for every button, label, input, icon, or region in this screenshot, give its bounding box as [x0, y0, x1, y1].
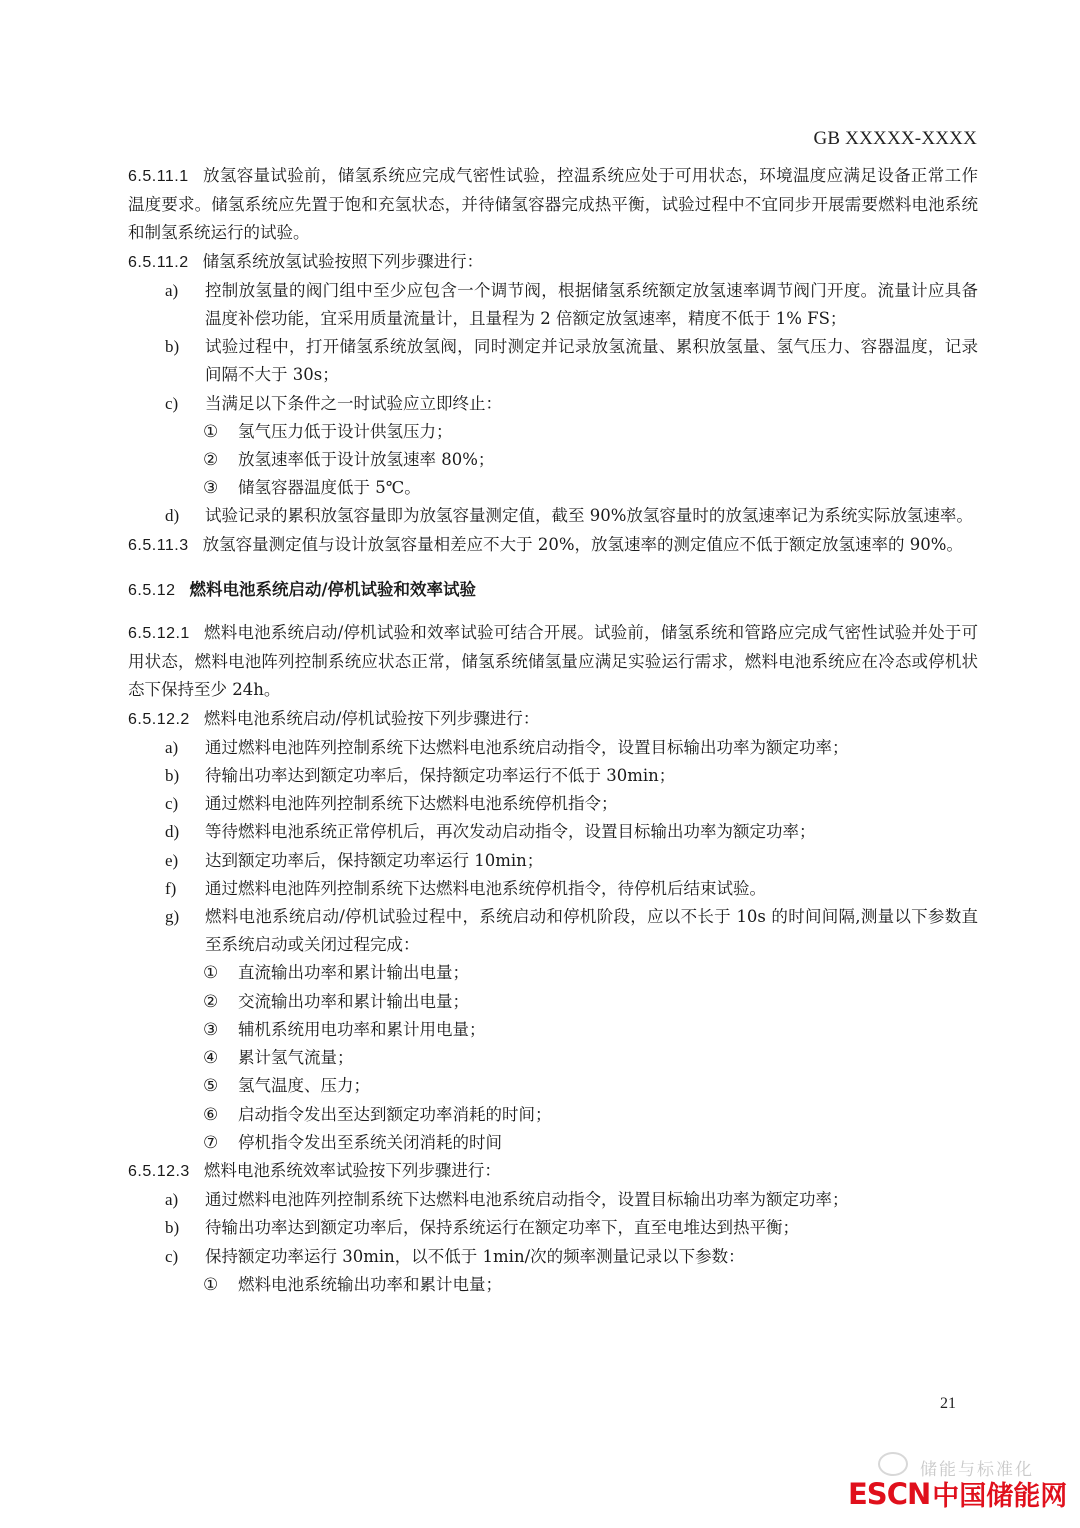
- list-item: c)通过燃料电池阵列控制系统下达燃料电池系统停机指令；: [128, 790, 978, 818]
- list-item: e)达到额定功率后，保持额定功率运行 10min；: [128, 847, 978, 875]
- list-item: f)通过燃料电池阵列控制系统下达燃料电池系统停机指令，待停机后结束试验。: [128, 875, 978, 903]
- item-label: c): [165, 790, 178, 818]
- item-text: 通过燃料电池阵列控制系统下达燃料电池系统停机指令，待停机后结束试验。: [205, 879, 766, 898]
- item-label: a): [165, 277, 178, 305]
- item-label: a): [165, 734, 178, 762]
- sub-item-label: ③: [203, 1016, 218, 1044]
- item-text: 待输出功率达到额定功率后，保持系统运行在额定功率下，直至电堆达到热平衡；: [205, 1218, 799, 1237]
- sub-item-label: ①: [203, 959, 218, 987]
- item-label: d): [165, 818, 179, 846]
- item-label: a): [165, 1186, 178, 1214]
- item-label: g): [165, 903, 179, 931]
- clause-6-5-12-3: 6.5.12.3燃料电池系统效率试验按下列步骤进行：: [128, 1157, 978, 1186]
- sub-item-text: 停机指令发出至系统关闭消耗的时间: [238, 1133, 502, 1152]
- clause-number: 6.5.12.3: [128, 1163, 190, 1180]
- sub-item-text: 直流输出功率和累计输出电量；: [238, 963, 469, 982]
- sub-item-text: 交流输出功率和累计输出电量；: [238, 992, 469, 1011]
- sub-item-label: ③: [203, 474, 218, 502]
- item-label: d): [165, 502, 179, 530]
- escn-logo: ESCN 中国储能网: [848, 1474, 1067, 1513]
- sub-item-label: ④: [203, 1044, 218, 1072]
- sub-item: ①氢气压力低于设计供氢压力；: [128, 418, 978, 446]
- clause-text: 燃料电池系统启动/停机试验和效率试验可结合开展。试验前，储氢系统和管路应完成气密…: [128, 623, 978, 699]
- wechat-watermark-icon: [878, 1452, 908, 1476]
- item-label: c): [165, 390, 178, 418]
- item-text: 等待燃料电池系统正常停机后，再次发动启动指令，设置目标输出功率为额定功率；: [205, 822, 816, 841]
- sub-item-label: ⑤: [203, 1072, 218, 1100]
- item-text: 通过燃料电池阵列控制系统下达燃料电池系统启动指令，设置目标输出功率为额定功率；: [205, 1190, 849, 1209]
- clause-number: 6.5.11.2: [128, 254, 189, 271]
- clause-text: 放氢容量测定值与设计放氢容量相差应不大于 20%，放氢速率的测定值应不低于额定放…: [203, 535, 963, 554]
- clause-6-5-12-1: 6.5.12.1燃料电池系统启动/停机试验和效率试验可结合开展。试验前，储氢系统…: [128, 619, 978, 705]
- document-page: GB XXXXX-XXXX 6.5.11.1放氢容量试验前，储氢系统应完成气密性…: [0, 0, 1080, 1528]
- sub-item: ③储氢容器温度低于 5℃。: [128, 474, 978, 502]
- item-label: c): [165, 1243, 178, 1271]
- sub-item-text: 储氢容器温度低于 5℃。: [238, 478, 421, 497]
- sub-item-label: ②: [203, 988, 218, 1016]
- item-label: f): [165, 875, 176, 903]
- clause-text: 燃料电池系统启动/停机试验按下列步骤进行：: [204, 709, 540, 728]
- sub-item-text: 辅机系统用电功率和累计用电量；: [238, 1020, 486, 1039]
- sub-item-text: 放氢速率低于设计放氢速率 80%；: [238, 450, 494, 469]
- item-label: b): [165, 762, 179, 790]
- sub-item: ④累计氢气流量；: [128, 1044, 978, 1072]
- item-text: 保持额定功率运行 30min，以不低于 1min/次的频率测量记录以下参数：: [205, 1247, 745, 1266]
- clause-text: 放氢容量试验前，储氢系统应完成气密性试验，控温系统应处于可用状态，环境温度应满足…: [128, 166, 978, 242]
- sub-item: ②交流输出功率和累计输出电量；: [128, 988, 978, 1016]
- list-item: c)保持额定功率运行 30min，以不低于 1min/次的频率测量记录以下参数：: [128, 1243, 978, 1271]
- item-text: 通过燃料电池阵列控制系统下达燃料电池系统启动指令，设置目标输出功率为额定功率；: [205, 738, 849, 757]
- list-item: d)试验记录的累积放氢容量即为放氢容量测定值，截至 90%放氢容量时的放氢速率记…: [128, 502, 978, 530]
- logo-english: ESCN: [848, 1477, 930, 1511]
- clause-number: 6.5.11.3: [128, 537, 189, 554]
- item-label: b): [165, 333, 179, 361]
- list-item: a)控制放氢量的阀门组中至少应包含一个调节阀，根据储氢系统额定放氢速率调节阀门开…: [128, 277, 978, 333]
- item-text: 通过燃料电池阵列控制系统下达燃料电池系统停机指令；: [205, 794, 618, 813]
- list-item: b)待输出功率达到额定功率后，保持系统运行在额定功率下，直至电堆达到热平衡；: [128, 1214, 978, 1242]
- item-text: 燃料电池系统启动/停机试验过程中，系统启动和停机阶段，应以不长于 10s 的时间…: [205, 907, 978, 954]
- clause-6-5-11-1: 6.5.11.1放氢容量试验前，储氢系统应完成气密性试验，控温系统应处于可用状态…: [128, 162, 978, 248]
- sub-item: ⑥启动指令发出至达到额定功率消耗的时间；: [128, 1101, 978, 1129]
- item-text: 当满足以下条件之一时试验应立即终止：: [205, 394, 502, 413]
- clause-6-5-11-3: 6.5.11.3放氢容量测定值与设计放氢容量相差应不大于 20%，放氢速率的测定…: [128, 531, 978, 560]
- section-number: 6.5.12: [128, 582, 175, 599]
- logo-chinese: 中国储能网: [932, 1474, 1067, 1513]
- document-code: GB XXXXX-XXXX: [813, 128, 977, 150]
- sub-item-text: 累计氢气流量；: [238, 1048, 354, 1067]
- sub-item: ⑤氢气温度、压力；: [128, 1072, 978, 1100]
- clause-text: 燃料电池系统效率试验按下列步骤进行：: [204, 1161, 501, 1180]
- item-text: 待输出功率达到额定功率后，保持额定功率运行不低于 30min；: [205, 766, 675, 785]
- item-label: b): [165, 1214, 179, 1242]
- section-title: 燃料电池系统启动/停机试验和效率试验: [189, 580, 476, 599]
- item-text: 达到额定功率后，保持额定功率运行 10min；: [205, 851, 543, 870]
- clause-6-5-12-2: 6.5.12.2燃料电池系统启动/停机试验按下列步骤进行：: [128, 705, 978, 734]
- document-body: 6.5.11.1放氢容量试验前，储氢系统应完成气密性试验，控温系统应处于可用状态…: [128, 162, 978, 1299]
- list-item: a)通过燃料电池阵列控制系统下达燃料电池系统启动指令，设置目标输出功率为额定功率…: [128, 1186, 978, 1214]
- clause-6-5-11-2: 6.5.11.2储氢系统放氢试验按照下列步骤进行：: [128, 248, 978, 277]
- list-item: b)试验过程中，打开储氢系统放氢阀，同时测定并记录放氢流量、累积放氢量、氢气压力…: [128, 333, 978, 389]
- sub-item-label: ⑥: [203, 1101, 218, 1129]
- sub-item: ①燃料电池系统输出功率和累计电量；: [128, 1271, 978, 1299]
- list-item: a)通过燃料电池阵列控制系统下达燃料电池系统启动指令，设置目标输出功率为额定功率…: [128, 734, 978, 762]
- list-item: d)等待燃料电池系统正常停机后，再次发动启动指令，设置目标输出功率为额定功率；: [128, 818, 978, 846]
- sub-item: ②放氢速率低于设计放氢速率 80%；: [128, 446, 978, 474]
- list-item: c)当满足以下条件之一时试验应立即终止：: [128, 390, 978, 418]
- item-text: 试验过程中，打开储氢系统放氢阀，同时测定并记录放氢流量、累积放氢量、氢气压力、容…: [205, 337, 978, 384]
- item-text: 试验记录的累积放氢容量即为放氢容量测定值，截至 90%放氢容量时的放氢速率记为系…: [205, 506, 973, 525]
- sub-item: ③辅机系统用电功率和累计用电量；: [128, 1016, 978, 1044]
- section-heading-6-5-12: 6.5.12燃料电池系统启动/停机试验和效率试验: [128, 576, 978, 605]
- sub-item-text: 启动指令发出至达到额定功率消耗的时间；: [238, 1105, 552, 1124]
- item-text: 控制放氢量的阀门组中至少应包含一个调节阀，根据储氢系统额定放氢速率调节阀门开度。…: [205, 281, 978, 328]
- clause-number: 6.5.11.1: [128, 168, 189, 185]
- sub-item-label: ①: [203, 1271, 218, 1299]
- sub-item: ①直流输出功率和累计输出电量；: [128, 959, 978, 987]
- list-item: b)待输出功率达到额定功率后，保持额定功率运行不低于 30min；: [128, 762, 978, 790]
- sub-item-label: ②: [203, 446, 218, 474]
- sub-item-label: ⑦: [203, 1129, 218, 1157]
- list-item: g)燃料电池系统启动/停机试验过程中，系统启动和停机阶段，应以不长于 10s 的…: [128, 903, 978, 959]
- clause-text: 储氢系统放氢试验按照下列步骤进行：: [203, 252, 484, 271]
- item-label: e): [165, 847, 178, 875]
- sub-item: ⑦停机指令发出至系统关闭消耗的时间: [128, 1129, 978, 1157]
- sub-item-text: 氢气压力低于设计供氢压力；: [238, 422, 453, 441]
- page-number: 21: [940, 1395, 956, 1413]
- sub-item-label: ①: [203, 418, 218, 446]
- clause-number: 6.5.12.2: [128, 711, 190, 728]
- sub-item-text: 氢气温度、压力；: [238, 1076, 370, 1095]
- clause-number: 6.5.12.1: [128, 625, 190, 642]
- sub-item-text: 燃料电池系统输出功率和累计电量；: [238, 1275, 502, 1294]
